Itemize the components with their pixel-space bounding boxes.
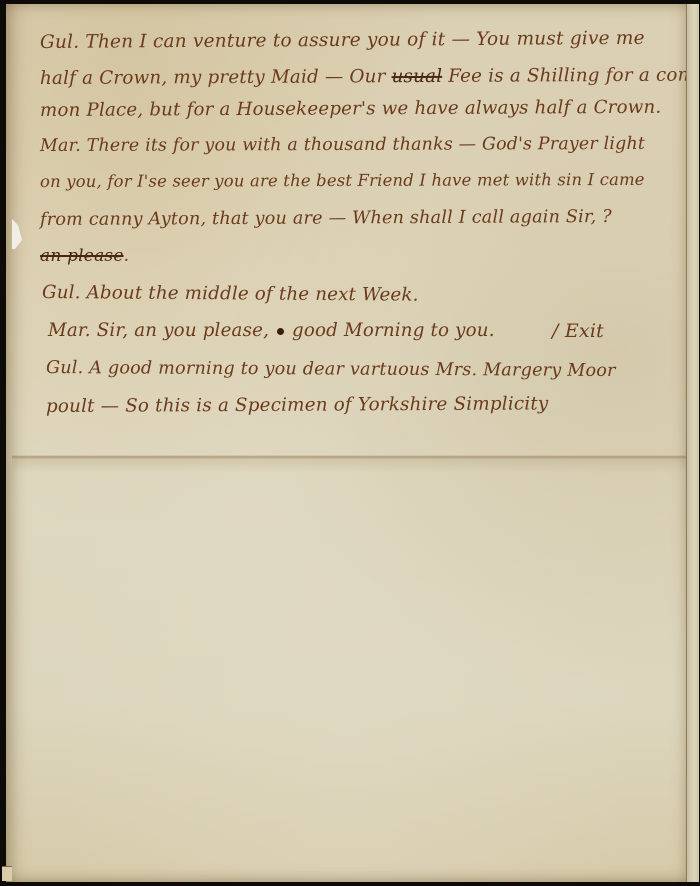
manuscript-line-9: Mar. Sir, an you please, good Morning to… <box>48 320 495 341</box>
manuscript-line-11: poult — So this is a Specimen of Yorkshi… <box>46 393 549 417</box>
struck-word: an please <box>40 246 124 266</box>
dialogue-text: half a Crown, my pretty Maid — Our <box>40 66 392 89</box>
manuscript-line-6: from canny Ayton, that you are — When sh… <box>40 207 612 230</box>
manuscript-line-4: Mar. There its for you with a thousand t… <box>40 134 645 156</box>
fold-shadow <box>12 459 692 473</box>
adjacent-page-edge <box>686 4 699 882</box>
dialogue-gul-2: Gul. About the middle of the next Week. <box>42 282 419 306</box>
dialogue-mar-2: Mar. Sir, an you please, <box>48 320 275 341</box>
dialogue-text: mon Place, but for a Housekeeper's we ha… <box>40 97 662 121</box>
manuscript-line-8: Gul. About the middle of the next Week. <box>42 282 419 306</box>
struck-word: usual <box>391 66 442 87</box>
manuscript-line-5: on you, for I'se seer you are the best F… <box>40 170 645 191</box>
dialogue-mar-1: Mar. There its for you with a thousand t… <box>40 134 645 156</box>
manuscript-line-2: half a Crown, my pretty Maid — Our usual… <box>40 65 695 89</box>
exit-direction: / Exit <box>552 320 604 342</box>
dialogue-text: on you, for I'se seer you are the best F… <box>40 170 645 191</box>
manuscript-page: Gul. Then I can venture to assure you of… <box>6 4 686 882</box>
corner-tab <box>2 866 12 881</box>
dialogue-text: . <box>124 246 130 266</box>
manuscript-line-3: mon Place, but for a Housekeeper's we ha… <box>40 97 662 121</box>
dialogue-text: from canny Ayton, that you are — When sh… <box>40 207 612 230</box>
manuscript-line-10: Gul. A good morning to you dear vartuous… <box>46 358 616 381</box>
stage-direction-exit: / Exit <box>552 320 604 342</box>
ink-blot <box>277 328 284 335</box>
dialogue-text: poult — So this is a Specimen of Yorkshi… <box>46 393 549 417</box>
dialogue-text: good Morning to you. <box>286 320 495 341</box>
manuscript-line-1: Gul. Then I can venture to assure you of… <box>40 28 645 53</box>
dialogue-gul-1: Gul. Then I can venture to assure you of… <box>40 28 645 53</box>
dialogue-text: Fee is a Shilling for a com <box>442 65 695 87</box>
manuscript-line-7: an please. <box>40 246 129 266</box>
left-edge-tear <box>12 219 22 249</box>
dialogue-gul-3: Gul. A good morning to you dear vartuous… <box>46 358 616 381</box>
